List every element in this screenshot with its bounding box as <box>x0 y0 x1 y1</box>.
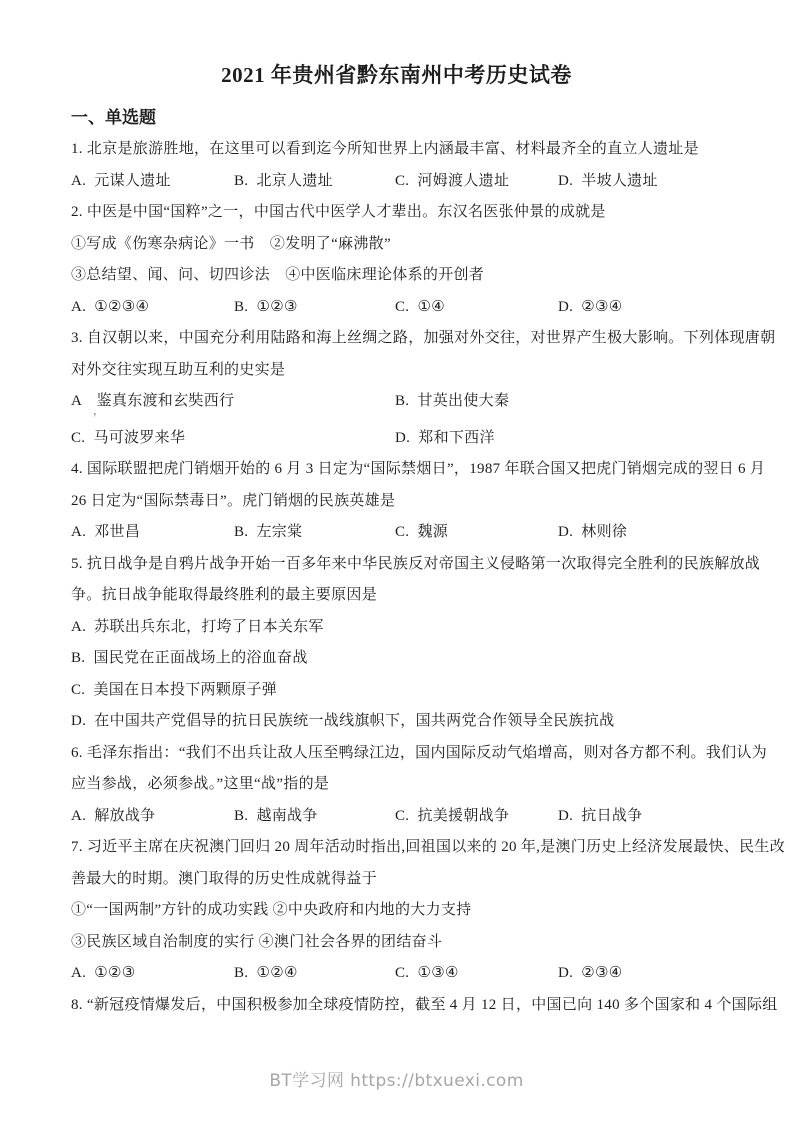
question-5-option-b: B. 国民党在正面战场上的浴血奋战 <box>71 643 722 675</box>
page-title: 2021 年贵州省黔东南州中考历史试卷 <box>71 58 722 92</box>
question-4-option-d: D. 林则徐 <box>558 517 722 549</box>
question-3-stem-line-2: 对外交往实现互助互利的史实是 <box>71 355 722 387</box>
question-3-option-b: B. 甘英出使大秦 <box>395 386 722 418</box>
question-4-stem-line-2: 26 日定为“国际禁毒日”。虎门销烟的民族英雄是 <box>71 486 722 518</box>
question-5: 5. 抗日战争是自鸦片战争开始一百多年来中华民族反对帝国主义侵略第一次取得完全胜… <box>71 549 722 738</box>
question-3: 3. 自汉朝以来，中国充分利用陆路和海上丝绸之路，加强对外交往，对世界产生极大影… <box>71 323 722 454</box>
question-1: 1. 北京是旅游胜地，在这里可以看到迄今所知世界上内涵最丰富、材料最齐全的直立人… <box>71 134 722 197</box>
question-4: 4. 国际联盟把虎门销烟开始的 6 月 3 日定为“国际禁烟日”，1987 年联… <box>71 454 722 549</box>
question-7-option-b: B. ①②④ <box>234 958 395 990</box>
question-6-option-d: D. 抗日战争 <box>558 801 722 833</box>
question-3-option-a: A 鉴真东渡和玄奘西行 <box>71 386 395 418</box>
question-4-options: A. 邓世昌 B. 左宗棠 C. 魏源 D. 林则徐 <box>71 517 722 549</box>
question-2-subitems-2: ③总结望、闻、问、切四诊法 ④中医临床理论体系的开创者 <box>71 260 722 292</box>
question-3-options-row-1: A 鉴真东渡和玄奘西行 B. 甘英出使大秦 ， <box>71 386 722 418</box>
question-3-stem-line-1: 3. 自汉朝以来，中国充分利用陆路和海上丝绸之路，加强对外交往，对世界产生极大影… <box>71 323 722 355</box>
question-4-option-a: A. 邓世昌 <box>71 517 234 549</box>
question-5-option-d: D. 在中国共产党倡导的抗日民族统一战线旗帜下，国共两党合作领导全民族抗战 <box>71 706 722 738</box>
question-8-stem-line-1: 8. “新冠疫情爆发后，中国积极参加全球疫情防控，截至 4 月 12 日，中国已… <box>71 990 722 1022</box>
question-6-option-c: C. 抗美援朝战争 <box>395 801 558 833</box>
question-2-option-c: C. ①④ <box>395 292 558 324</box>
question-2-option-a: A. ①②③④ <box>71 292 234 324</box>
stray-comma-mark: ， <box>93 406 104 417</box>
section-heading: 一、单选题 <box>71 101 722 134</box>
question-6-option-b: B. 越南战争 <box>234 801 395 833</box>
question-6: 6. 毛泽东指出：“我们不出兵让敌人压至鸭绿江边，国内国际反动气焰增高，则对各方… <box>71 738 722 833</box>
question-7-stem-line-2: 善最大的时期。澳门取得的历史性成就得益于 <box>71 864 722 896</box>
question-2-options: A. ①②③④ B. ①②③ C. ①④ D. ②③④ <box>71 292 722 324</box>
question-7-option-a: A. ①②③ <box>71 958 234 990</box>
question-5-option-c: C. 美国在日本投下两颗原子弹 <box>71 675 722 707</box>
question-1-option-b: B. 北京人遗址 <box>234 166 395 198</box>
exam-page: 2021 年贵州省黔东南州中考历史试卷 一、单选题 1. 北京是旅游胜地，在这里… <box>0 0 793 1122</box>
question-5-stem-line-1: 5. 抗日战争是自鸦片战争开始一百多年来中华民族反对帝国主义侵略第一次取得完全胜… <box>71 549 722 581</box>
question-2-option-d: D. ②③④ <box>558 292 722 324</box>
question-5-option-a: A. 苏联出兵东北，打垮了日本关东军 <box>71 612 722 644</box>
question-8: 8. “新冠疫情爆发后，中国积极参加全球疫情防控，截至 4 月 12 日，中国已… <box>71 990 722 1022</box>
question-7-subitems-1: ①“一国两制”方针的成功实践 ②中央政府和内地的大力支持 <box>71 895 722 927</box>
question-3-option-d: D. 郑和下西洋 <box>395 423 722 455</box>
watermark-footer: BT学习网 https://btxuexi.com <box>0 1070 793 1092</box>
question-4-option-b: B. 左宗棠 <box>234 517 395 549</box>
question-4-option-c: C. 魏源 <box>395 517 558 549</box>
exam-content: 2021 年贵州省黔东南州中考历史试卷 一、单选题 1. 北京是旅游胜地，在这里… <box>0 0 793 1021</box>
question-5-stem-line-2: 争。抗日战争能取得最终胜利的最主要原因是 <box>71 580 722 612</box>
question-7-options: A. ①②③ B. ①②④ C. ①③④ D. ②③④ <box>71 958 722 990</box>
question-3-options-row-2: C. 马可波罗来华 D. 郑和下西洋 <box>71 423 722 455</box>
question-7-stem-line-1: 7. 习近平主席在庆祝澳门回归 20 周年活动时指出,回祖国以来的 20 年,是… <box>71 832 722 864</box>
question-1-option-c: C. 河姆渡人遗址 <box>395 166 558 198</box>
question-6-stem-line-1: 6. 毛泽东指出：“我们不出兵让敌人压至鸭绿江边，国内国际反动气焰增高，则对各方… <box>71 738 722 770</box>
question-2-subitems-1: ①写成《伤寒杂病论》一书 ②发明了“麻沸散” <box>71 229 722 261</box>
question-6-stem-line-2: 应当参战，必须参战。”这里“战”指的是 <box>71 769 722 801</box>
question-2: 2. 中医是中国“国粹”之一，中国古代中医学人才辈出。东汉名医张仲景的成就是 ①… <box>71 197 722 323</box>
question-7-option-d: D. ②③④ <box>558 958 722 990</box>
question-2-option-b: B. ①②③ <box>234 292 395 324</box>
question-1-stem: 1. 北京是旅游胜地，在这里可以看到迄今所知世界上内涵最丰富、材料最齐全的直立人… <box>71 134 722 166</box>
question-1-option-a: A. 元谋人遗址 <box>71 166 234 198</box>
question-1-options: A. 元谋人遗址 B. 北京人遗址 C. 河姆渡人遗址 D. 半坡人遗址 <box>71 166 722 198</box>
question-7-subitems-2: ③民族区域自治制度的实行 ④澳门社会各界的团结奋斗 <box>71 927 722 959</box>
question-1-option-d: D. 半坡人遗址 <box>558 166 722 198</box>
question-3-option-c: C. 马可波罗来华 <box>71 423 395 455</box>
question-2-stem: 2. 中医是中国“国粹”之一，中国古代中医学人才辈出。东汉名医张仲景的成就是 <box>71 197 722 229</box>
question-7-option-c: C. ①③④ <box>395 958 558 990</box>
question-7: 7. 习近平主席在庆祝澳门回归 20 周年活动时指出,回祖国以来的 20 年,是… <box>71 832 722 990</box>
question-4-stem-line-1: 4. 国际联盟把虎门销烟开始的 6 月 3 日定为“国际禁烟日”，1987 年联… <box>71 454 722 486</box>
question-6-option-a: A. 解放战争 <box>71 801 234 833</box>
question-6-options: A. 解放战争 B. 越南战争 C. 抗美援朝战争 D. 抗日战争 <box>71 801 722 833</box>
